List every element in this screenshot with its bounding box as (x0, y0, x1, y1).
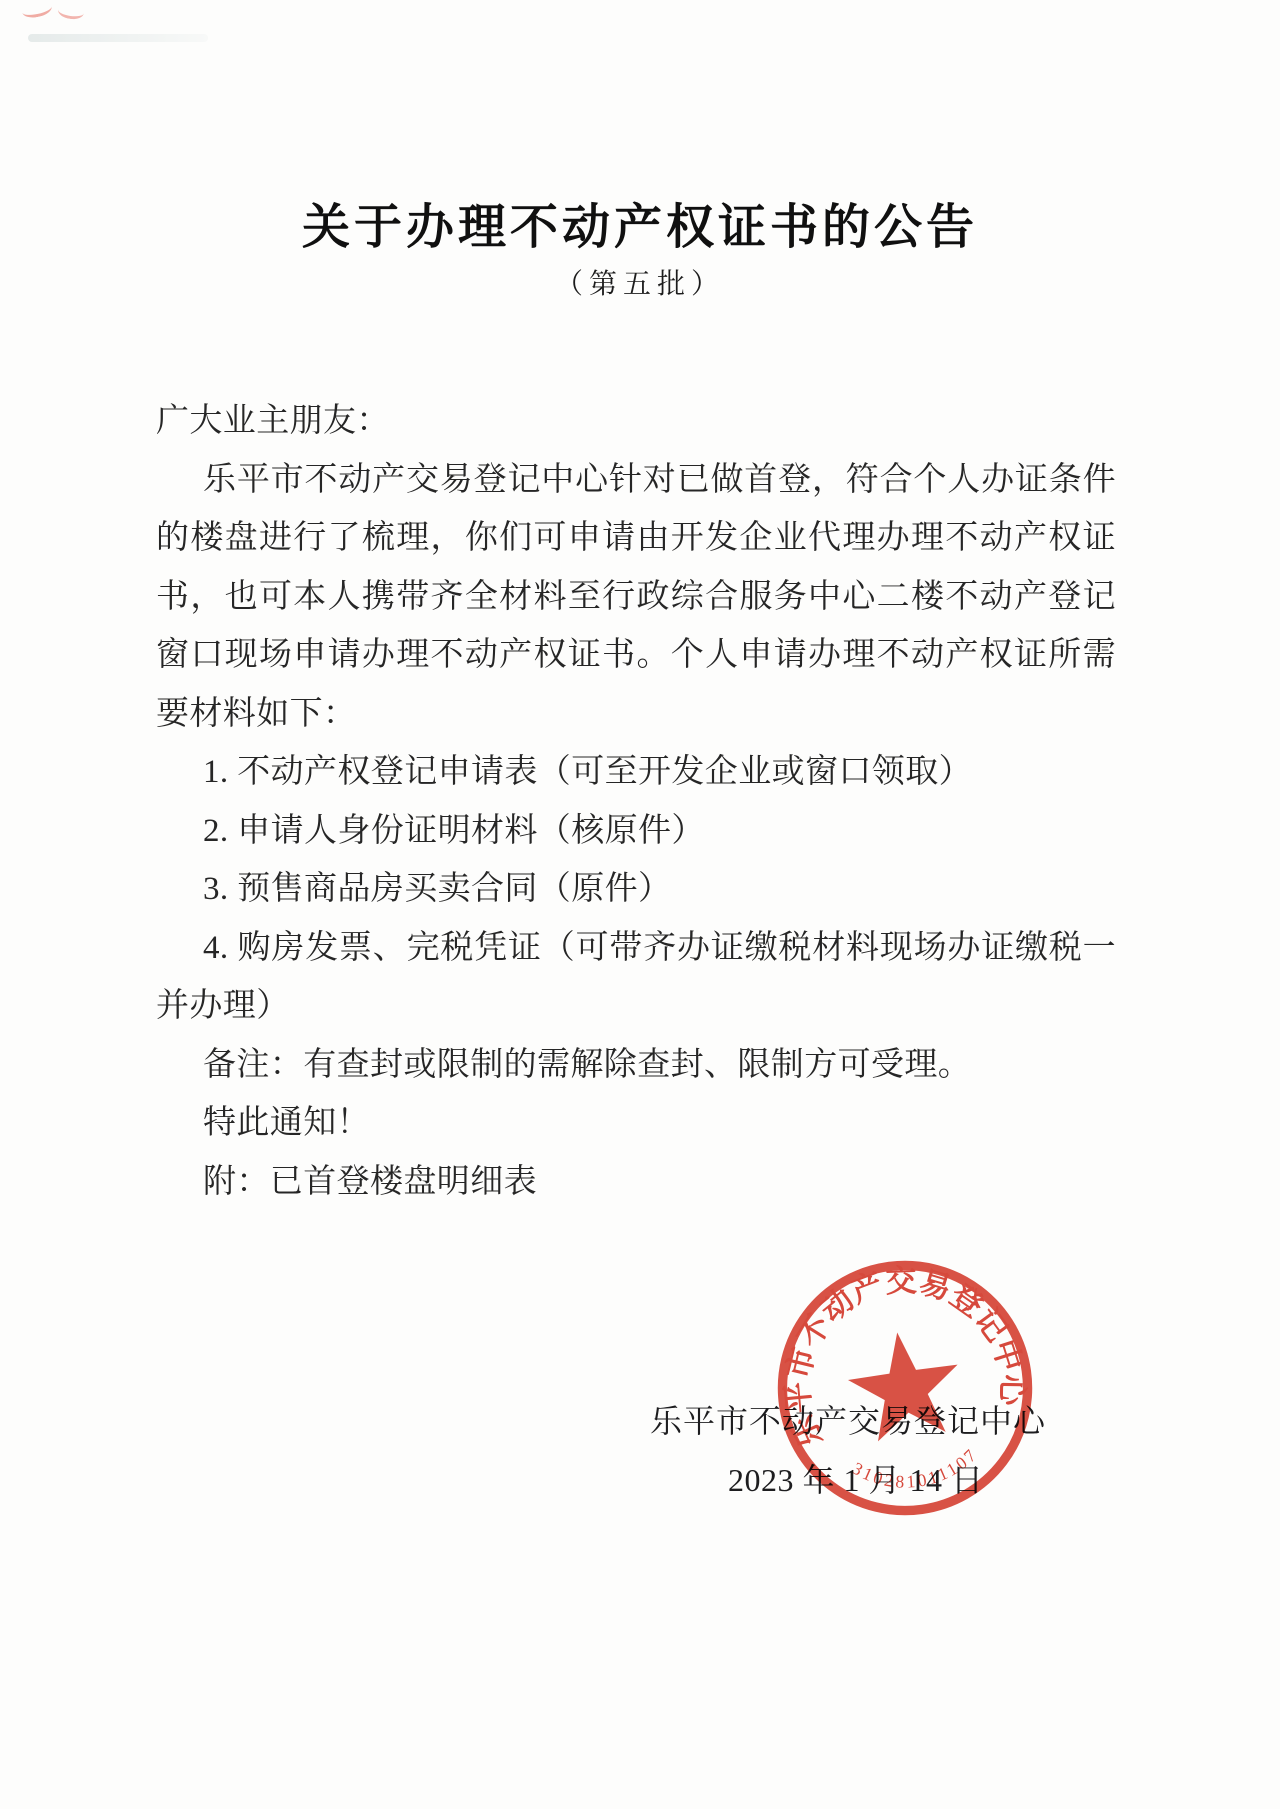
salutation: 广大业主朋友： (156, 392, 1116, 451)
signer-name: 乐平市不动产交易登记中心 (650, 1396, 1046, 1442)
attachment-line: 附：已首登楼盘明细表 (156, 1153, 1116, 1212)
material-item-4: 4. 购房发票、完税凭证（可带齐办证缴税材料现场办证缴税一并办理） (156, 919, 1116, 1036)
signature-date: 2023 年 1 月 14 日 (728, 1455, 984, 1501)
page-subtitle: （第五批） (0, 262, 1280, 302)
notice-page: 关于办理不动产权证书的公告 （第五批） 广大业主朋友： 乐平市不动产交易登记中心… (0, 0, 1280, 1809)
intro-paragraph: 乐平市不动产交易登记中心针对已做首登，符合个人办证条件的楼盘进行了梳理，你们可申… (156, 451, 1116, 744)
page-title: 关于办理不动产权证书的公告 (0, 188, 1280, 257)
closing-line: 特此通知！ (156, 1094, 1116, 1153)
note-line: 备注：有查封或限制的需解除查封、限制方可受理。 (156, 1036, 1116, 1095)
scan-artifact-red-mark (57, 2, 85, 20)
material-item-1: 1. 不动产权登记申请表（可至开发企业或窗口领取） (156, 743, 1116, 802)
notice-body: 广大业主朋友： 乐平市不动产交易登记中心针对已做首登，符合个人办证条件的楼盘进行… (156, 392, 1116, 1211)
material-item-3: 3. 预售商品房买卖合同（原件） (156, 860, 1116, 919)
material-item-2: 2. 申请人身份证明材料（核原件） (156, 802, 1116, 861)
scan-artifact-red-mark (21, 0, 53, 20)
scan-artifact-smudge (28, 34, 208, 42)
